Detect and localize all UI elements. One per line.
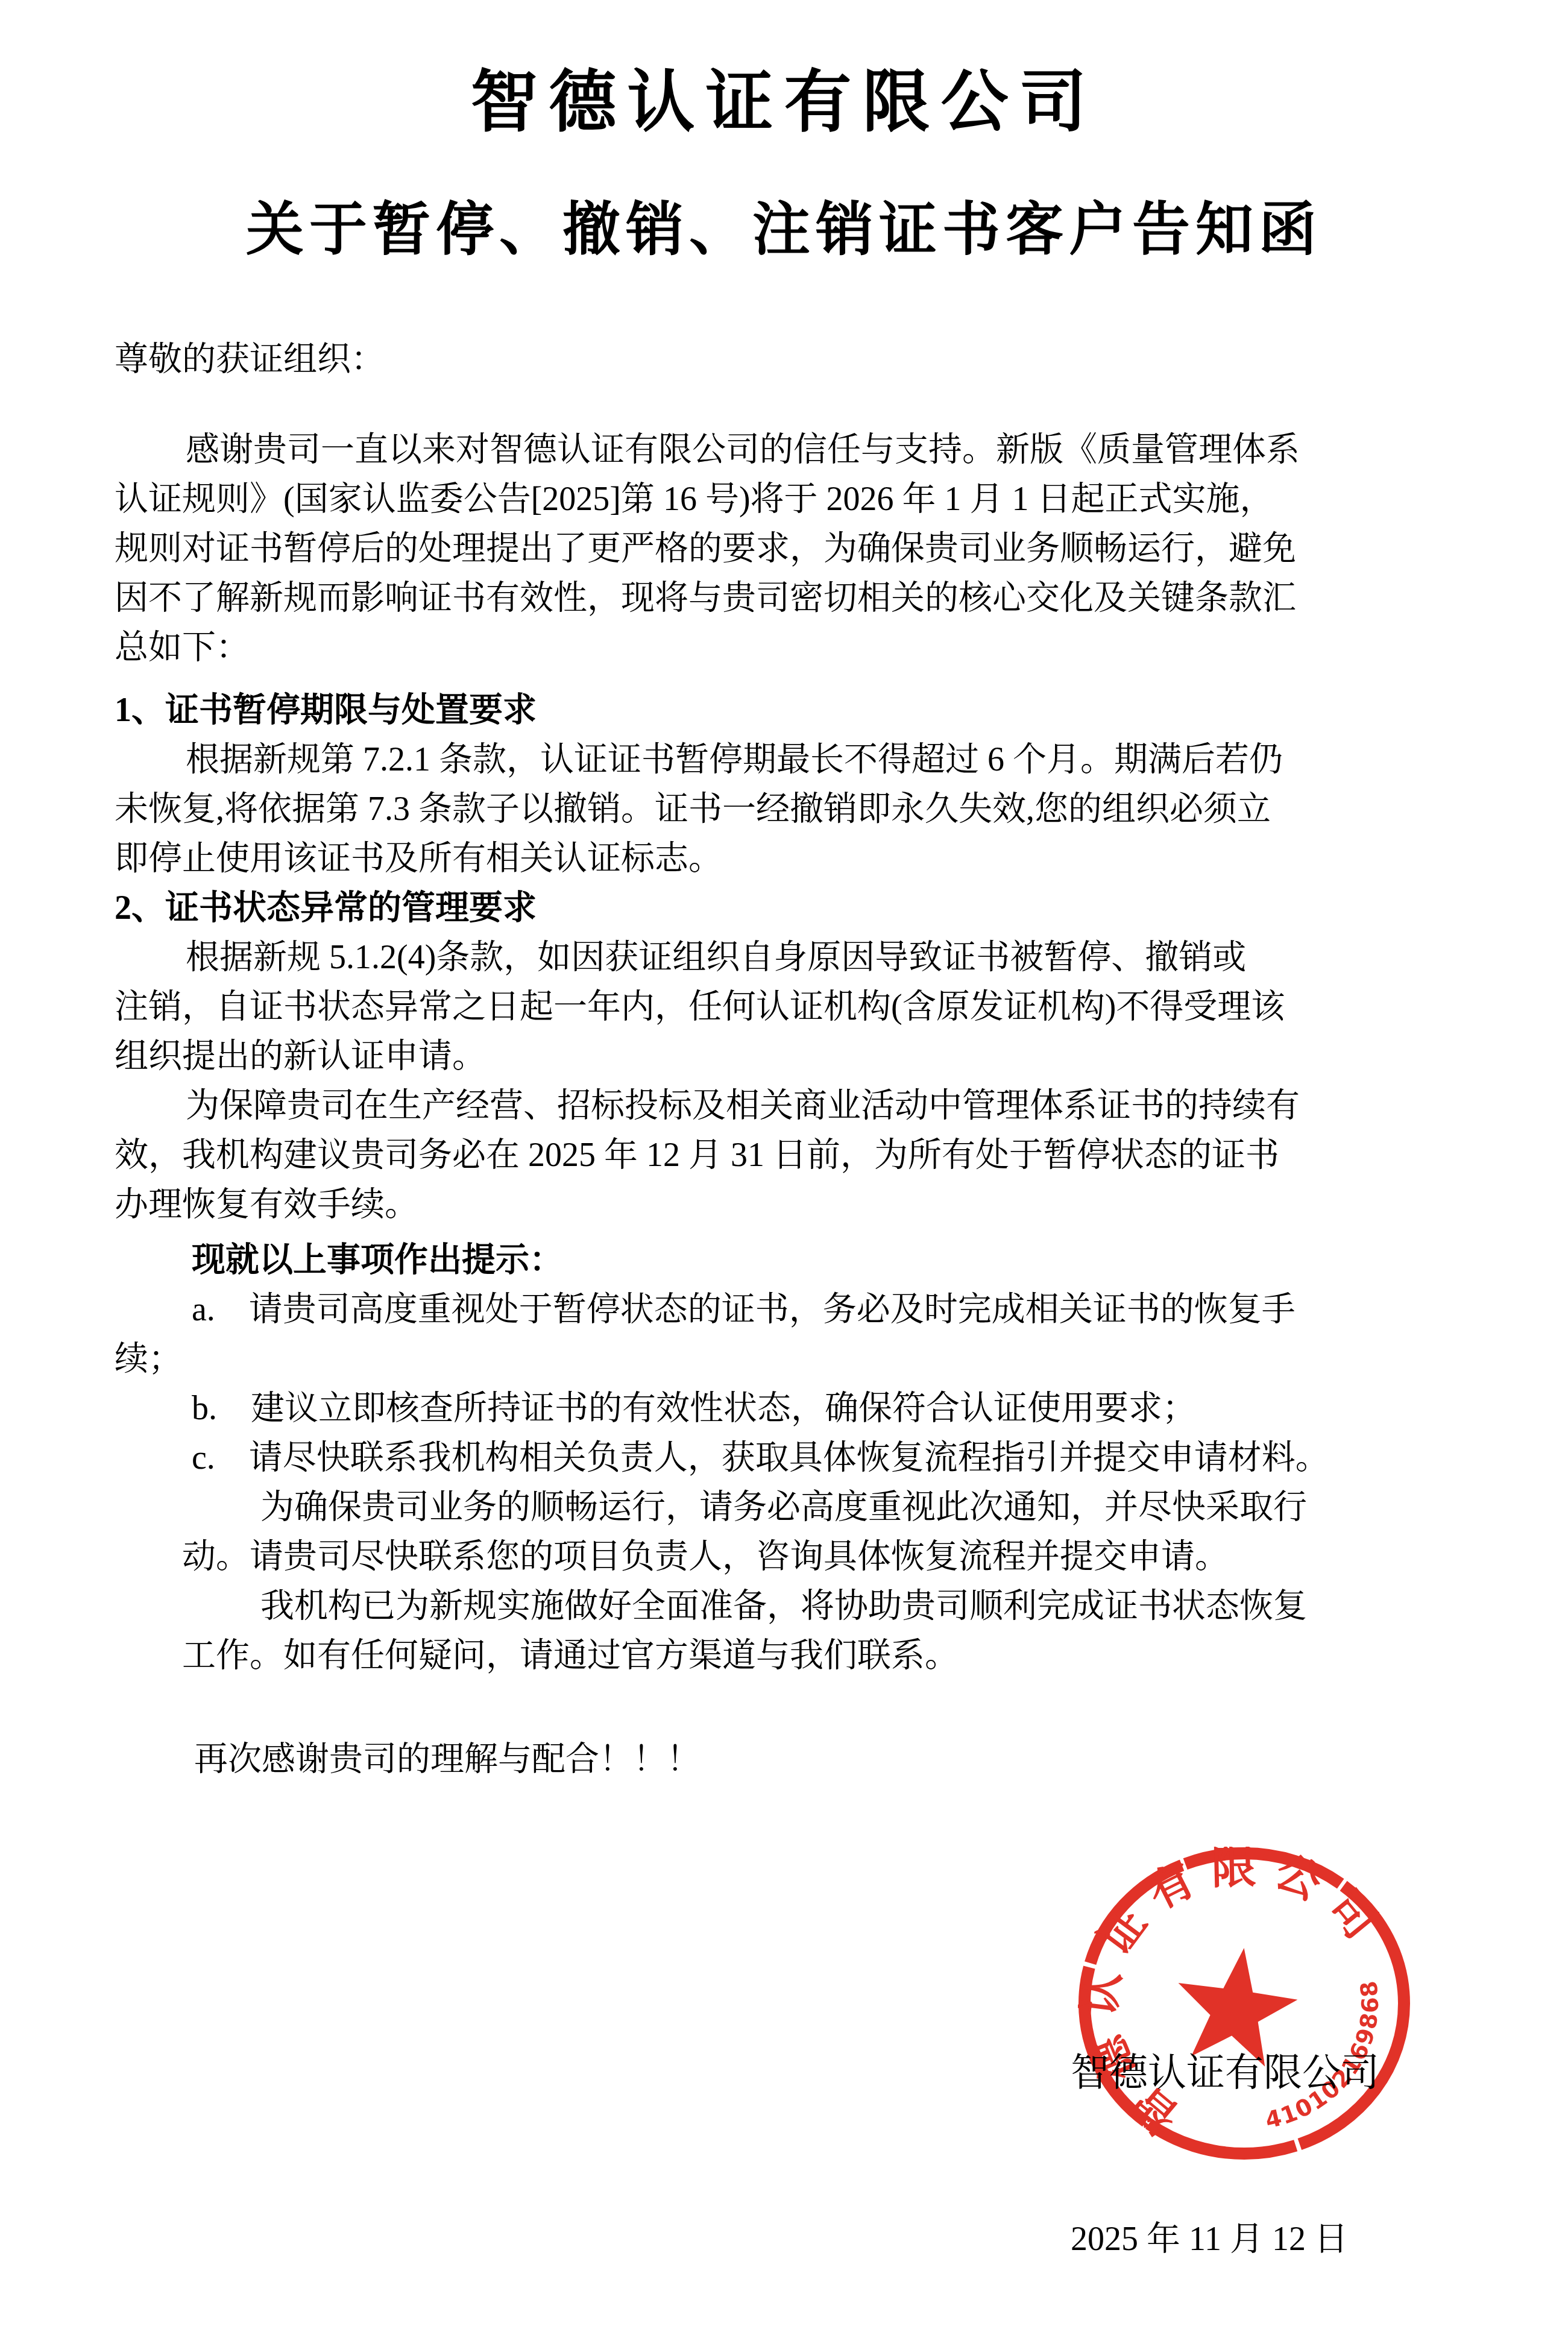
body-line: 规则对证书暂停后的处理提出了更严格的要求，为确保贵司业务顺畅运行，避免 — [115, 524, 1462, 573]
body-line: 1、证书暂停期限与处置要求 — [115, 686, 1462, 735]
body-line: 认证规则》(国家认监委公告[2025]第 16 号)将于 2026 年 1 月 … — [115, 474, 1462, 524]
body-line: a. 请贵司高度重视处于暂停状态的证书，务必及时完成相关证书的恢复手 — [115, 1285, 1462, 1334]
body-line: 感谢贵司一直以来对智德认证有限公司的信任与支持。新版《质量管理体系 — [115, 425, 1462, 474]
body-line: 注销，自证书状态异常之日起一年内，任何认证机构(含原发证机构)不得受理该 — [115, 982, 1462, 1032]
body-line: 即停止使用该证书及所有相关认证标志。 — [115, 834, 1462, 883]
body-line: 办理恢复有效手续。 — [115, 1180, 1462, 1229]
blank-line — [115, 384, 1462, 425]
body-line: 续； — [115, 1334, 1462, 1384]
body-line: 再次感谢贵司的理解与配合！！！ — [115, 1735, 1462, 1784]
body-line: 组织提出的新认证申请。 — [115, 1032, 1462, 1081]
letter-page: { "page": { "background": "#ffffff", "in… — [0, 0, 1568, 2326]
body-line: 为保障贵司在生产经营、招标投标及相关商业活动中管理体系证书的持续有 — [115, 1081, 1462, 1130]
letterhead-company-title: 智德认证有限公司 — [0, 65, 1568, 139]
body-line: 现就以上事项作出提示： — [115, 1235, 1462, 1285]
salutation: 尊敬的获证组织： — [115, 335, 1462, 384]
body-line: 根据新规第 7.2.1 条款，认证证书暂停期最长不得超过 6 个月。期满后若仍 — [115, 735, 1462, 784]
signature-date: 2025 年 11 月 12 日 — [1071, 2211, 1379, 2267]
body-line: 工作。如有任何疑问，请通过官方渠道与我们联系。 — [115, 1631, 1462, 1680]
body-line: 为确保贵司业务的顺畅运行，请务必高度重视此次通知，并尽快采取行 — [115, 1483, 1462, 1532]
body-line: 我机构已为新规实施做好全面准备，将协助贵司顺利完成证书状态恢复 — [115, 1581, 1462, 1631]
body-line: 根据新规 5.1.2(4)条款，如因获证组织自身原因导致证书被暂停、撤销或 — [115, 933, 1462, 982]
signature-block: 智德认证有限公司 2025 年 11 月 12 日 — [1071, 1934, 1379, 2322]
body-line: 因不了解新规而影响证书有效性，现将与贵司密切相关的核心交化及关键条款汇 — [115, 573, 1462, 623]
body-line: 效，我机构建议贵司务必在 2025 年 12 月 31 日前，为所有处于暂停状态… — [115, 1130, 1462, 1180]
body-line: c. 请尽快联系我机构相关负责人，获取具体恢复流程指引并提交申请材料。 — [115, 1433, 1462, 1483]
body-line: 2、证书状态异常的管理要求 — [115, 883, 1462, 933]
body-line: b. 建议立即核查所持证书的有效性状态，确保符合认证使用要求； — [115, 1384, 1462, 1433]
body-paragraphs: 感谢贵司一直以来对智德认证有限公司的信任与支持。新版《质量管理体系认证规则》(国… — [115, 425, 1462, 1784]
letter-body: 尊敬的获证组织： 感谢贵司一直以来对智德认证有限公司的信任与支持。新版《质量管理… — [115, 335, 1462, 1784]
signature-company: 智德认证有限公司 — [1071, 2045, 1379, 2101]
body-line: 未恢复,将依据第 7.3 条款子以撤销。证书一经撤销即永久失效,您的组织必须立 — [115, 784, 1462, 834]
body-line: 总如下： — [115, 623, 1462, 672]
letter-subject-title: 关于暂停、撤销、注销证书客户告知函 — [0, 198, 1568, 262]
body-line: 动。请贵司尽快联系您的项目负责人，咨询具体恢复流程并提交申请。 — [115, 1532, 1462, 1581]
